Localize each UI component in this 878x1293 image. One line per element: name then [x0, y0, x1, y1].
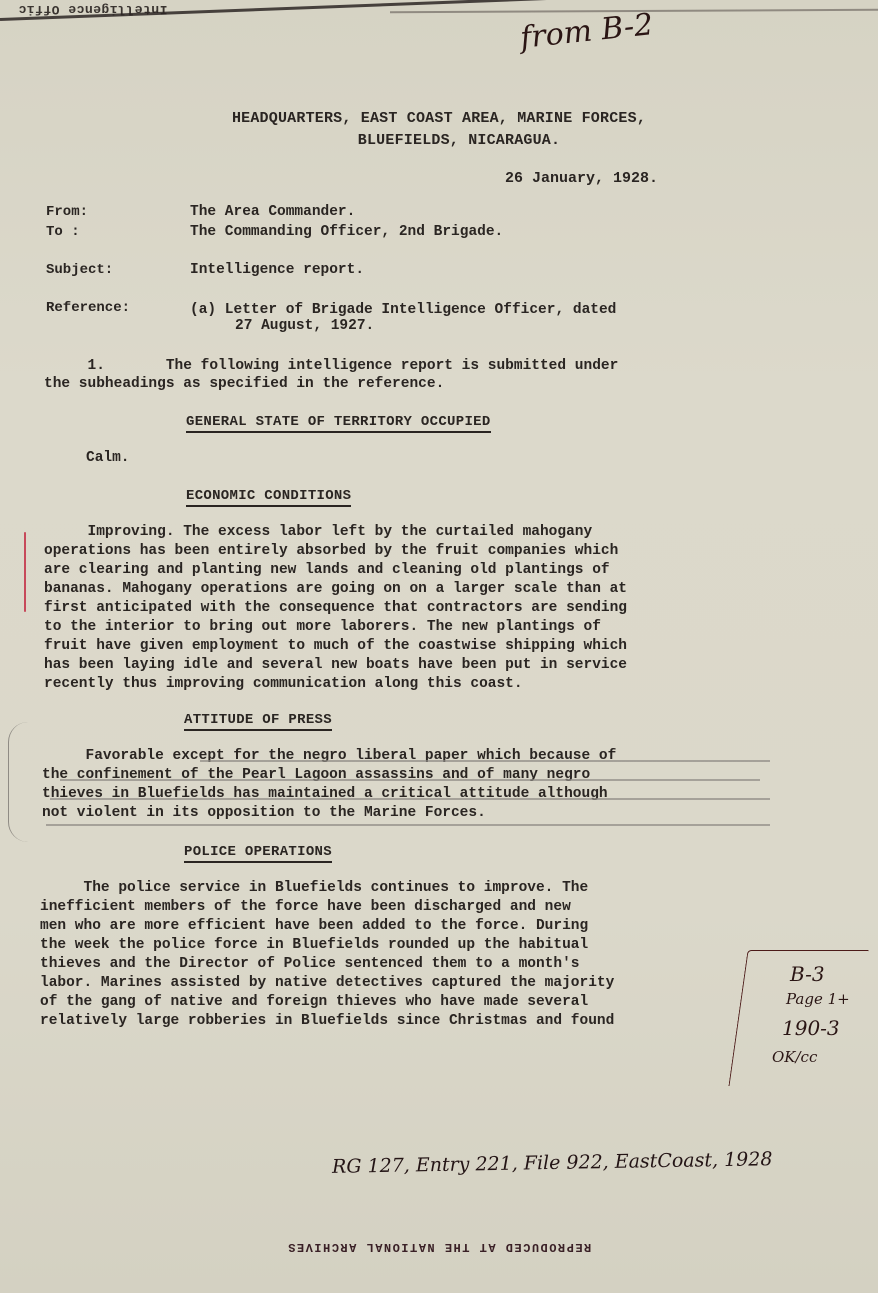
pencil-underline: [60, 779, 760, 781]
letterhead-line-2: BLUEFIELDS, NICARAGUA.: [0, 132, 878, 149]
red-margin-mark: [24, 532, 26, 612]
paragraph-line: operations has been entirely absorbed by…: [44, 543, 618, 559]
pencil-margin-bracket: [8, 722, 31, 842]
paragraph-line: has been laying idle and several new boa…: [44, 657, 627, 673]
reference-value-line-1: (a) Letter of Brigade Intelligence Offic…: [190, 302, 616, 318]
paragraph-line: recently thus improving communication al…: [44, 676, 523, 692]
section-text: Calm.: [86, 450, 130, 466]
paragraph-line: inefficient members of the force have be…: [40, 899, 571, 915]
document-page: Intelligence Offic from B-2 HEADQUARTERS…: [0, 0, 878, 1293]
margin-note-initials: OK/cc: [772, 1048, 817, 1066]
letterhead-line-1: HEADQUARTERS, EAST COAST AREA, MARINE FO…: [0, 110, 878, 127]
subject-label: Subject:: [46, 262, 113, 278]
document-date: 26 January, 1928.: [505, 170, 658, 187]
margin-note-page: Page 1+: [786, 990, 850, 1008]
to-label: To :: [46, 224, 80, 240]
archives-reproduction-stamp: REPRODUCED AT THE NATIONAL ARCHIVES: [0, 1240, 878, 1254]
paragraph-line: not violent in its opposition to the Mar…: [42, 805, 486, 821]
paragraph-line: bananas. Mahogany operations are going o…: [44, 581, 627, 597]
archival-citation: RG 127, Entry 221, File 922, EastCoast, …: [332, 1148, 773, 1178]
paragraph-line: fruit have given employment to much of t…: [44, 638, 627, 654]
paragraph-line: first anticipated with the consequence t…: [44, 600, 627, 616]
section-heading-police-operations: POLICE OPERATIONS: [184, 844, 332, 863]
paragraph-line: the week the police force in Bluefields …: [40, 937, 588, 953]
section-heading-economic-conditions: ECONOMIC CONDITIONS: [186, 488, 351, 507]
intro-line-1: 1. The following intelligence report is …: [44, 358, 618, 374]
paragraph-line: to the interior to bring out more labore…: [44, 619, 601, 635]
paragraph-line: are clearing and planting new lands and …: [44, 562, 610, 578]
pencil-underline: [200, 760, 770, 762]
paragraph-line: men who are more efficient have been add…: [40, 918, 588, 934]
margin-note-number: 190-3: [782, 1016, 840, 1040]
handwritten-source-note: from B-2: [519, 7, 655, 56]
paragraph-line: of the gang of native and foreign thieve…: [40, 994, 588, 1010]
intro-line-2: the subheadings as specified in the refe…: [44, 376, 444, 392]
section-heading-attitude-of-press: ATTITUDE OF PRESS: [184, 712, 332, 731]
subject-value: Intelligence report.: [190, 262, 364, 278]
from-label: From:: [46, 204, 88, 220]
section-heading-general-state: GENERAL STATE OF TERRITORY OCCUPIED: [186, 414, 491, 433]
from-value: The Area Commander.: [190, 204, 355, 220]
pencil-underline: [46, 824, 770, 826]
paragraph-line: labor. Marines assisted by native detect…: [40, 975, 614, 991]
margin-note-file: B-3: [790, 962, 825, 986]
to-value: The Commanding Officer, 2nd Brigade.: [190, 224, 503, 240]
paragraph-line: thieves and the Director of Police sente…: [40, 956, 580, 972]
reference-label: Reference:: [46, 300, 130, 316]
reference-value-line-2: 27 August, 1927.: [235, 318, 374, 334]
pencil-underline: [50, 798, 770, 800]
paragraph-line: Improving. The excess labor left by the …: [44, 524, 592, 540]
paragraph-line: relatively large robberies in Bluefields…: [40, 1013, 614, 1029]
paragraph-line: The police service in Bluefields continu…: [40, 880, 588, 896]
